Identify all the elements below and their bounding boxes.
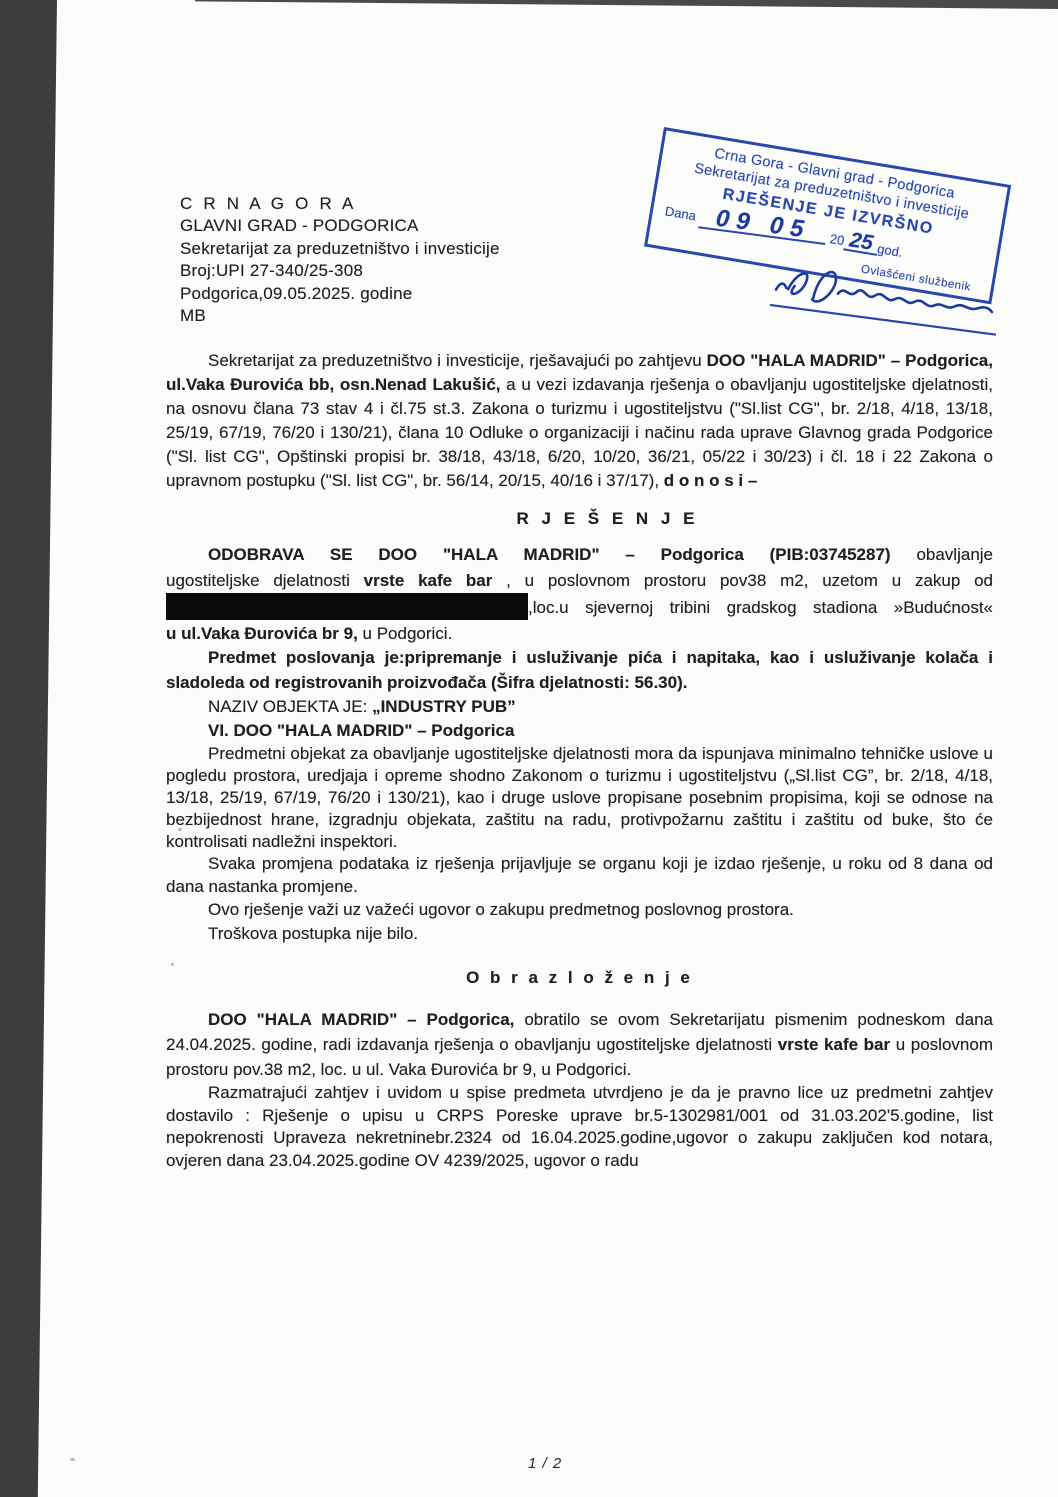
scanned-document-page: C R N A G O R A GLAVNI GRAD - PODGORICA … — [0, 0, 1058, 1497]
text-run-approval: ODOBRAVA SE DOO "HALA MADRID" – Podgoric… — [208, 545, 891, 564]
text-run: , u poslovnom prostoru pov38 m2, uzetom … — [492, 571, 993, 590]
paragraph-obracanje: DOO "HALA MADRID" – Podgorica, obratilo … — [166, 1007, 993, 1082]
paragraph-uslovi: Predmetni objekat za obavljanje ugostite… — [166, 743, 993, 853]
paragraph-predmet-poslovanja: Predmet poslovanja je:pripremanje i uslu… — [166, 646, 993, 695]
letterhead: C R N A G O R A GLAVNI GRAD - PODGORICA … — [180, 193, 500, 327]
page-number: 1 / 2 — [528, 1455, 562, 1472]
text-line: ugostiteljske djelatnosti vrste kafe bar… — [166, 568, 993, 594]
stamp-date-label: Dana — [664, 203, 697, 225]
place-and-date: Podgorica,09.05.2025. godine — [180, 283, 500, 305]
text-run: u Podgorici. — [358, 624, 453, 643]
text-line: u ul.Vaka Đurovića br 9, u Podgorici. — [166, 621, 993, 647]
text-line: ,loc.u sjevernoj tribini gradskog stadio… — [166, 593, 993, 621]
document-body: Sekretarijat za preduzetništvo i investi… — [166, 349, 993, 1172]
paragraph-promjena: Svaka promjena podataka iz rješenja prij… — [166, 853, 993, 898]
text-run-kafe-bar: vrste kafe bar — [364, 571, 493, 590]
official-stamp: Crna Gora - Glavni grad - Podgorica Sekr… — [644, 127, 1011, 304]
paragraph-razmatranje: Razmatrajući zahtjev i uvidom u spise pr… — [166, 1082, 993, 1172]
text-run: Sekretarijat za preduzetništvo i investi… — [208, 351, 707, 370]
city-name: GLAVNI GRAD - PODGORICA — [180, 215, 500, 237]
text-run-pub-name: „INDUSTRY PUB” — [372, 697, 516, 716]
text-run-donosi: d o n o s i – — [664, 471, 758, 490]
stamp-god-label: god. — [876, 241, 903, 260]
paragraph-intro: Sekretarijat za preduzetništvo i investi… — [166, 349, 993, 493]
country-name: C R N A G O R A — [180, 193, 500, 215]
text-run: NAZIV OBJEKTA JE: — [208, 697, 372, 716]
text-run-address: u ul.Vaka Đurovića br 9, — [166, 624, 358, 643]
stamp-handwritten-year: 25 — [843, 230, 880, 255]
text-run: obavljanje — [891, 545, 993, 564]
text-line: ODOBRAVA SE DOO "HALA MADRID" – Podgoric… — [166, 542, 993, 568]
heading-obrazlozenje: O b r a z l o ž e n j e — [166, 966, 993, 990]
paragraph-odobrava: ODOBRAVA SE DOO "HALA MADRID" – Podgoric… — [166, 542, 993, 646]
secretariat-name: Sekretarijat za preduzetništvo i investi… — [180, 238, 500, 260]
text-run-kafe-bar: vrste kafe bar — [778, 1035, 890, 1054]
heading-rjesenje: R J E Š E N J E — [166, 507, 993, 531]
redaction-box — [166, 593, 528, 620]
paragraph-troskovi: Troškova postupka nije bilo. — [166, 922, 993, 946]
paragraph-vlasnik: VI. DOO "HALA MADRID" – Podgorica — [166, 719, 993, 743]
scan-edge-left — [0, 0, 60, 1497]
paragraph-vazenje: Ovo rješenje važi uz važeći ugovor o zak… — [166, 898, 993, 922]
paragraph-naziv-objekta: NAZIV OBJEKTA JE: „INDUSTRY PUB” — [166, 695, 993, 719]
case-number: Broj:UPI 27-340/25-308 — [180, 260, 500, 282]
clerk-initials: MB — [180, 305, 500, 327]
text-run: ugostiteljske djelatnosti — [166, 571, 364, 590]
text-run: ,loc.u sjevernoj tribini gradskog stadio… — [528, 598, 993, 617]
text-run-company: DOO "HALA MADRID" – Podgorica, — [208, 1010, 514, 1029]
scan-speck — [70, 1458, 75, 1461]
scan-edge-top — [195, 0, 1058, 9]
